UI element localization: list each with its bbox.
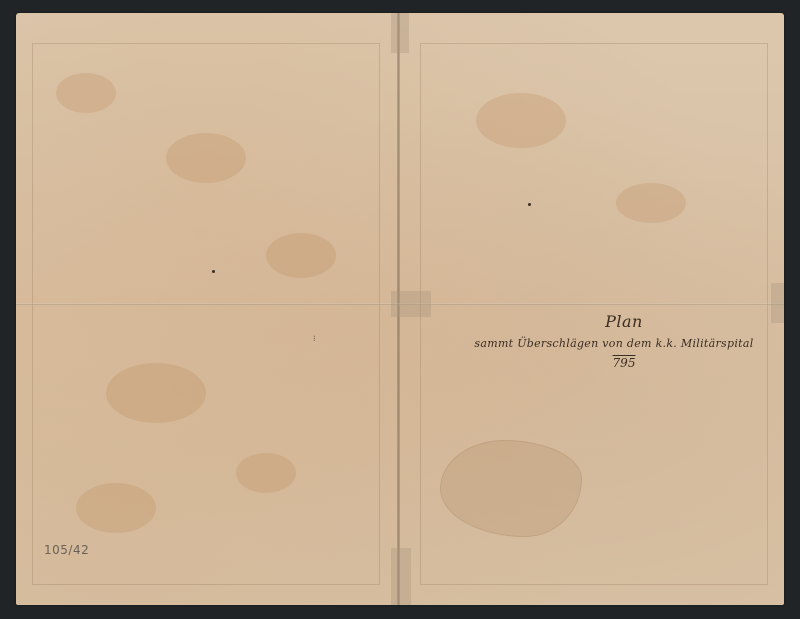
foxing-spot bbox=[106, 363, 206, 423]
foxing-spot bbox=[266, 233, 336, 278]
foxing-spot bbox=[236, 453, 296, 493]
foxing-spot bbox=[166, 133, 246, 183]
title-plan: Plan bbox=[474, 312, 774, 331]
foxing-spot bbox=[616, 183, 686, 223]
pencil-reference-number: 105/42 bbox=[44, 543, 89, 557]
margin-marks: ⁝ bbox=[313, 335, 316, 342]
paper-sheet bbox=[16, 13, 784, 605]
tape-strip-bottom bbox=[391, 548, 411, 605]
title-subtitle: sammt Überschlägen von dem k.k. Militärs… bbox=[454, 337, 774, 350]
title-number: 795 bbox=[474, 356, 774, 370]
foxing-spot bbox=[56, 73, 116, 113]
tape-strip-center bbox=[391, 291, 431, 317]
tape-strip-top bbox=[391, 13, 409, 53]
handwritten-title-block: Plan sammt Überschlägen von dem k.k. Mil… bbox=[454, 312, 774, 370]
ink-speck bbox=[528, 203, 531, 206]
foxing-spot bbox=[76, 483, 156, 533]
ink-speck bbox=[212, 270, 215, 273]
foxing-spot bbox=[476, 93, 566, 148]
